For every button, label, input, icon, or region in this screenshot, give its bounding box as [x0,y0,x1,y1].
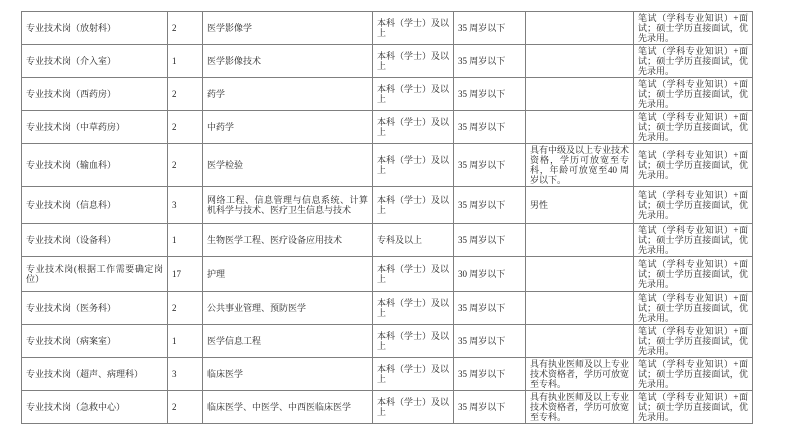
table-row: 专业技术岗（信息科）3网络工程、信息管理与信息系统、计算机科学与技术、医疗卫生信… [22,187,753,224]
age-cell: 35 周岁以下 [454,224,526,257]
position-cell: 专业技术岗(根据工作需要确定岗位） [22,257,168,292]
requirements-cell [526,292,634,325]
education-cell: 本科（学士）及以上 [373,144,454,187]
age-cell: 35 周岁以下 [454,78,526,111]
headcount-cell: 2 [168,144,203,187]
education-cell: 专科及以上 [373,224,454,257]
position-cell: 专业技术岗（信息科） [22,187,168,224]
recruitment-table-page: 专业技术岗（放射科）2医学影像学本科（学士）及以上35 周岁以下笔试（学科专业知… [0,0,788,448]
education-cell: 本科（学士）及以上 [373,78,454,111]
exam-cell: 笔试（学科专业知识）+面试；硕士学历直接面试，优先录用。 [634,45,753,78]
major-cell: 医学信息工程 [203,325,373,358]
major-cell: 医学检验 [203,144,373,187]
exam-cell: 笔试（学科专业知识）+面试；硕士学历直接面试，优先录用。 [634,12,753,45]
exam-cell: 笔试（学科专业知识）+面试；硕士学历直接面试，优先录用。 [634,391,753,424]
table-row: 专业技术岗（放射科）2医学影像学本科（学士）及以上35 周岁以下笔试（学科专业知… [22,12,753,45]
table-row: 专业技术岗（病案室）1医学信息工程本科（学士）及以上35 周岁以下笔试（学科专业… [22,325,753,358]
headcount-cell: 2 [168,78,203,111]
table-row: 专业技术岗（设备科）1生物医学工程、医疗设备应用技术专科及以上35 周岁以下笔试… [22,224,753,257]
exam-cell: 笔试（学科专业知识）+面试；硕士学历直接面试，优先录用。 [634,78,753,111]
age-cell: 35 周岁以下 [454,391,526,424]
table-row: 专业技术岗（急救中心）2临床医学、中医学、中西医临床医学本科（学士）及以上35 … [22,391,753,424]
age-cell: 35 周岁以下 [454,358,526,391]
age-cell: 35 周岁以下 [454,325,526,358]
exam-cell: 笔试（学科专业知识）+面试；硕士学历直接面试，优先录用。 [634,292,753,325]
requirements-cell [526,78,634,111]
headcount-cell: 3 [168,187,203,224]
major-cell: 生物医学工程、医疗设备应用技术 [203,224,373,257]
education-cell: 本科（学士）及以上 [373,325,454,358]
headcount-cell: 1 [168,224,203,257]
major-cell: 临床医学 [203,358,373,391]
exam-cell: 笔试（学科专业知识）+面试；硕士学历直接面试，优先录用。 [634,358,753,391]
requirements-cell [526,325,634,358]
major-cell: 公共事业管理、预防医学 [203,292,373,325]
exam-cell: 笔试（学科专业知识）+面试；硕士学历直接面试，优先录用。 [634,224,753,257]
position-cell: 专业技术岗（超声、病理科） [22,358,168,391]
education-cell: 本科（学士）及以上 [373,358,454,391]
table-row: 专业技术岗（输血科）2医学检验本科（学士）及以上35 周岁以下具有中级及以上专业… [22,144,753,187]
education-cell: 本科（学士）及以上 [373,45,454,78]
education-cell: 本科（学士）及以上 [373,391,454,424]
exam-cell: 笔试（学科专业知识）+面试；硕士学历直接面试，优先录用。 [634,187,753,224]
table-row: 专业技术岗（介入室）1医学影像技术本科（学士）及以上35 周岁以下笔试（学科专业… [22,45,753,78]
major-cell: 医学影像技术 [203,45,373,78]
table-row: 专业技术岗（医务科）2公共事业管理、预防医学本科（学士）及以上35 周岁以下笔试… [22,292,753,325]
requirements-cell [526,111,634,144]
education-cell: 本科（学士）及以上 [373,111,454,144]
exam-cell: 笔试（学科专业知识）+面试；硕士学历直接面试，优先录用。 [634,111,753,144]
headcount-cell: 2 [168,391,203,424]
headcount-cell: 2 [168,12,203,45]
position-cell: 专业技术岗（急救中心） [22,391,168,424]
major-cell: 药学 [203,78,373,111]
major-cell: 网络工程、信息管理与信息系统、计算机科学与技术、医疗卫生信息与技术 [203,187,373,224]
position-cell: 专业技术岗（病案室） [22,325,168,358]
recruitment-positions-table: 专业技术岗（放射科）2医学影像学本科（学士）及以上35 周岁以下笔试（学科专业知… [21,11,753,424]
position-cell: 专业技术岗（设备科） [22,224,168,257]
requirements-cell [526,224,634,257]
education-cell: 本科（学士）及以上 [373,187,454,224]
education-cell: 本科（学士）及以上 [373,292,454,325]
exam-cell: 笔试（学科专业知识）+面试；硕士学历直接面试，优先录用。 [634,325,753,358]
table-row: 专业技术岗（超声、病理科）3临床医学本科（学士）及以上35 周岁以下具有执业医师… [22,358,753,391]
age-cell: 35 周岁以下 [454,12,526,45]
age-cell: 35 周岁以下 [454,292,526,325]
age-cell: 35 周岁以下 [454,187,526,224]
age-cell: 30 周岁以下 [454,257,526,292]
requirements-cell: 具有执业医师及以上专业技术资格者，学历可放宽至专科。 [526,391,634,424]
headcount-cell: 2 [168,292,203,325]
headcount-cell: 2 [168,111,203,144]
exam-cell: 笔试（学科专业知识）+面试；硕士学历直接面试，优先录用。 [634,257,753,292]
position-cell: 专业技术岗（介入室） [22,45,168,78]
education-cell: 本科（学士）及以上 [373,12,454,45]
headcount-cell: 3 [168,358,203,391]
requirements-cell: 男性 [526,187,634,224]
requirements-cell [526,257,634,292]
major-cell: 临床医学、中医学、中西医临床医学 [203,391,373,424]
headcount-cell: 1 [168,45,203,78]
requirements-cell: 具有执业医师及以上专业技术资格者，学历可放宽至专科。 [526,358,634,391]
table-row: 专业技术岗(根据工作需要确定岗位）17护理本科（学士）及以上30 周岁以下笔试（… [22,257,753,292]
position-cell: 专业技术岗（输血科） [22,144,168,187]
position-cell: 专业技术岗（医务科） [22,292,168,325]
age-cell: 35 周岁以下 [454,45,526,78]
requirements-cell [526,45,634,78]
requirements-cell [526,12,634,45]
education-cell: 本科（学士）及以上 [373,257,454,292]
headcount-cell: 17 [168,257,203,292]
table-row: 专业技术岗（西药房）2药学本科（学士）及以上35 周岁以下笔试（学科专业知识）+… [22,78,753,111]
age-cell: 35 周岁以下 [454,111,526,144]
major-cell: 医学影像学 [203,12,373,45]
age-cell: 35 周岁以下 [454,144,526,187]
headcount-cell: 1 [168,325,203,358]
exam-cell: 笔试（学科专业知识）+面试；硕士学历直接面试，优先录用。 [634,144,753,187]
position-cell: 专业技术岗（放射科） [22,12,168,45]
position-cell: 专业技术岗（中草药房） [22,111,168,144]
requirements-cell: 具有中级及以上专业技术资格，学历可放宽至专科，年龄可放宽至40 周岁以下。 [526,144,634,187]
job-table-body: 专业技术岗（放射科）2医学影像学本科（学士）及以上35 周岁以下笔试（学科专业知… [22,12,753,424]
position-cell: 专业技术岗（西药房） [22,78,168,111]
major-cell: 中药学 [203,111,373,144]
table-row: 专业技术岗（中草药房）2中药学本科（学士）及以上35 周岁以下笔试（学科专业知识… [22,111,753,144]
major-cell: 护理 [203,257,373,292]
